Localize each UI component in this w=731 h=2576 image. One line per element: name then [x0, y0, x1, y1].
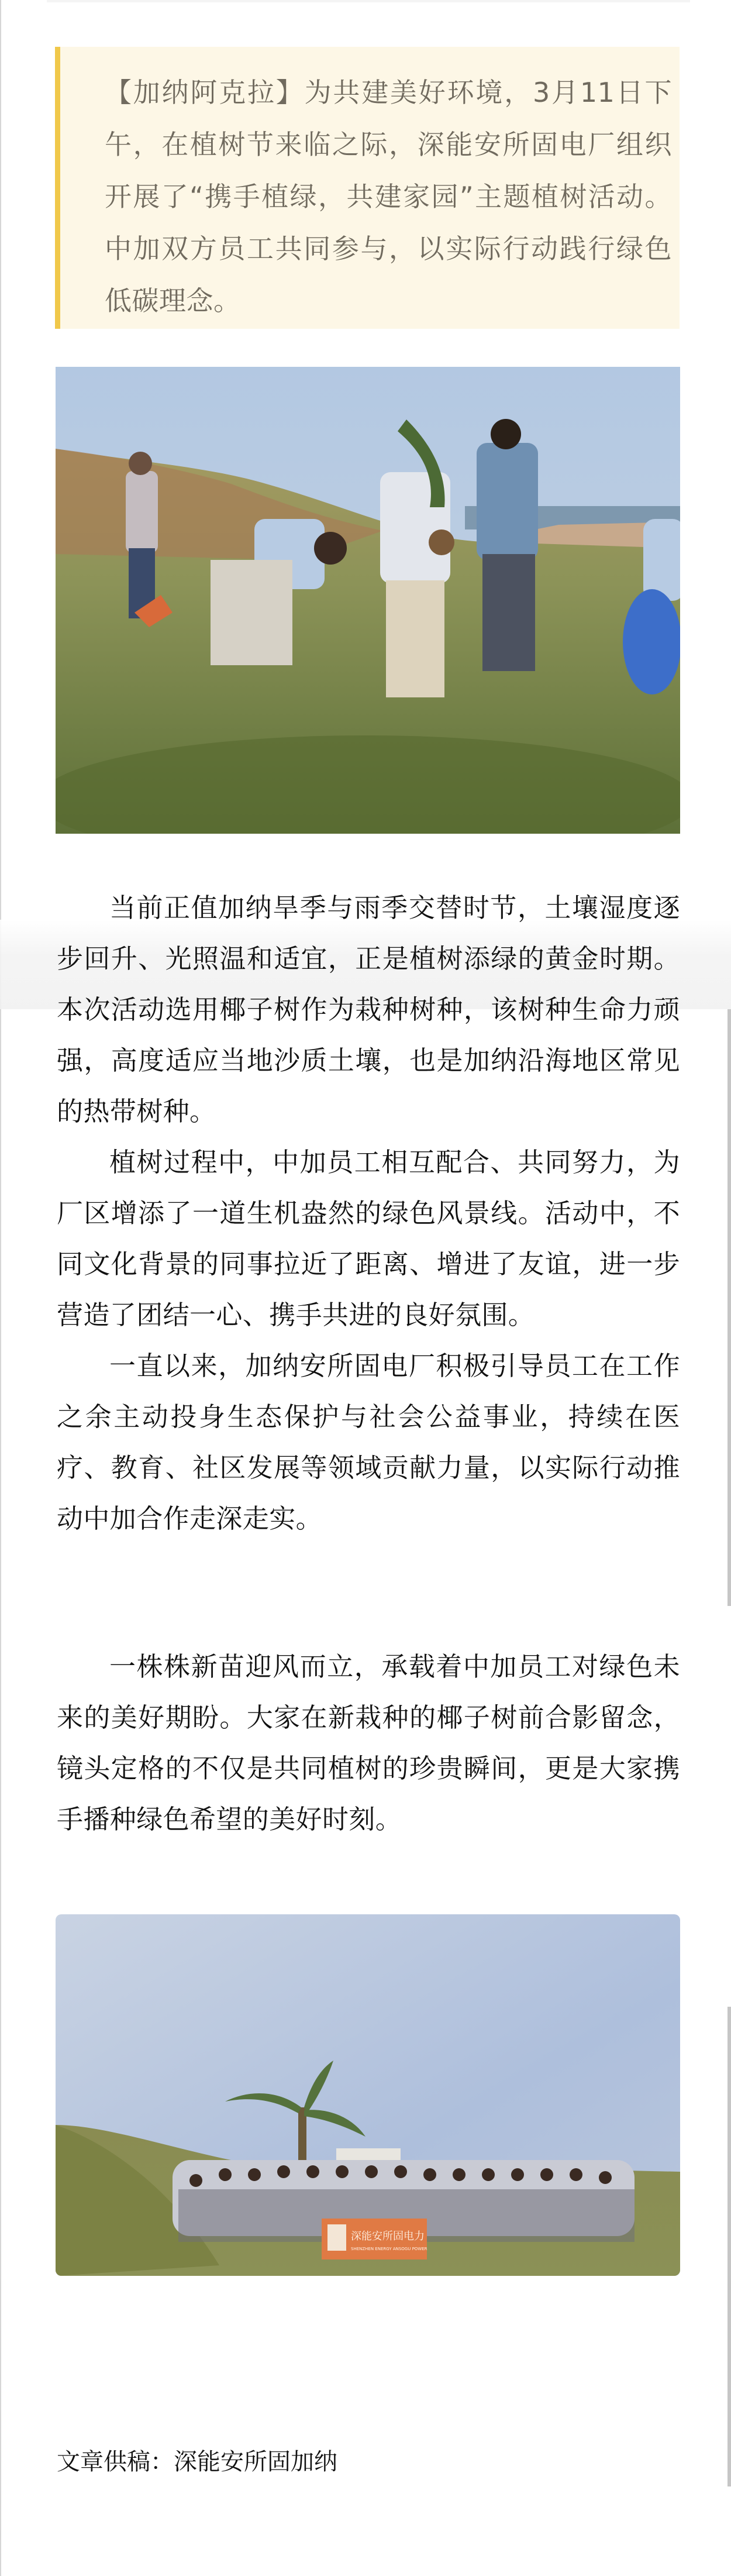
- article-body-continued: 一株株新苗迎风而立，承载着中加员工对绿色未来的美好期盼。大家在新栽种的椰子树前合…: [57, 1641, 680, 1845]
- paragraph-2: 植树过程中，中加员工相互配合、共同努力，为厂区增添了一道生机盎然的绿色风景线。活…: [57, 1137, 680, 1340]
- group-photo-image: 深能安所固电力 SHENZHEN ENERGY ANSOGU POWER: [56, 1914, 680, 2276]
- tree-planting-image: [56, 367, 680, 834]
- scrollbar-thumb[interactable]: [727, 1009, 731, 1606]
- banner-text: 深能安所固电力: [351, 2230, 425, 2243]
- page-left-border: [0, 0, 1, 2576]
- article-body: 当前正值加纳旱季与雨季交替时节，土壤湿度逐步回升、光照温和适宜，正是植树添绿的黄…: [57, 882, 680, 1544]
- paragraph-3: 一直以来，加纳安所固电厂积极引导员工在工作之余主动投身生态保护与社会公益事业，持…: [57, 1340, 680, 1544]
- photo-tree-planting[interactable]: [56, 367, 680, 834]
- lead-callout: 【加纳阿克拉】为共建美好环境，3月11日下午，在植树节来临之际，深能安所固电厂组…: [55, 47, 680, 329]
- svg-text:SHENZHEN ENERGY ANSOGU POWER: SHENZHEN ENERGY ANSOGU POWER: [351, 2247, 427, 2251]
- paragraph-1: 当前正值加纳旱季与雨季交替时节，土壤湿度逐步回升、光照温和适宜，正是植树添绿的黄…: [57, 882, 680, 1137]
- photo-group[interactable]: 深能安所固电力 SHENZHEN ENERGY ANSOGU POWER: [56, 1914, 680, 2276]
- lead-text: 【加纳阿克拉】为共建美好环境，3月11日下午，在植树节来临之际，深能安所固电厂组…: [105, 67, 672, 327]
- article-credit: 文章供稿：深能安所固加纳: [57, 2446, 337, 2478]
- scrollbar-thumb-lower[interactable]: [727, 2007, 731, 2486]
- top-edge: [47, 0, 690, 2]
- paragraph-4: 一株株新苗迎风而立，承载着中加员工对绿色未来的美好期盼。大家在新栽种的椰子树前合…: [57, 1641, 680, 1845]
